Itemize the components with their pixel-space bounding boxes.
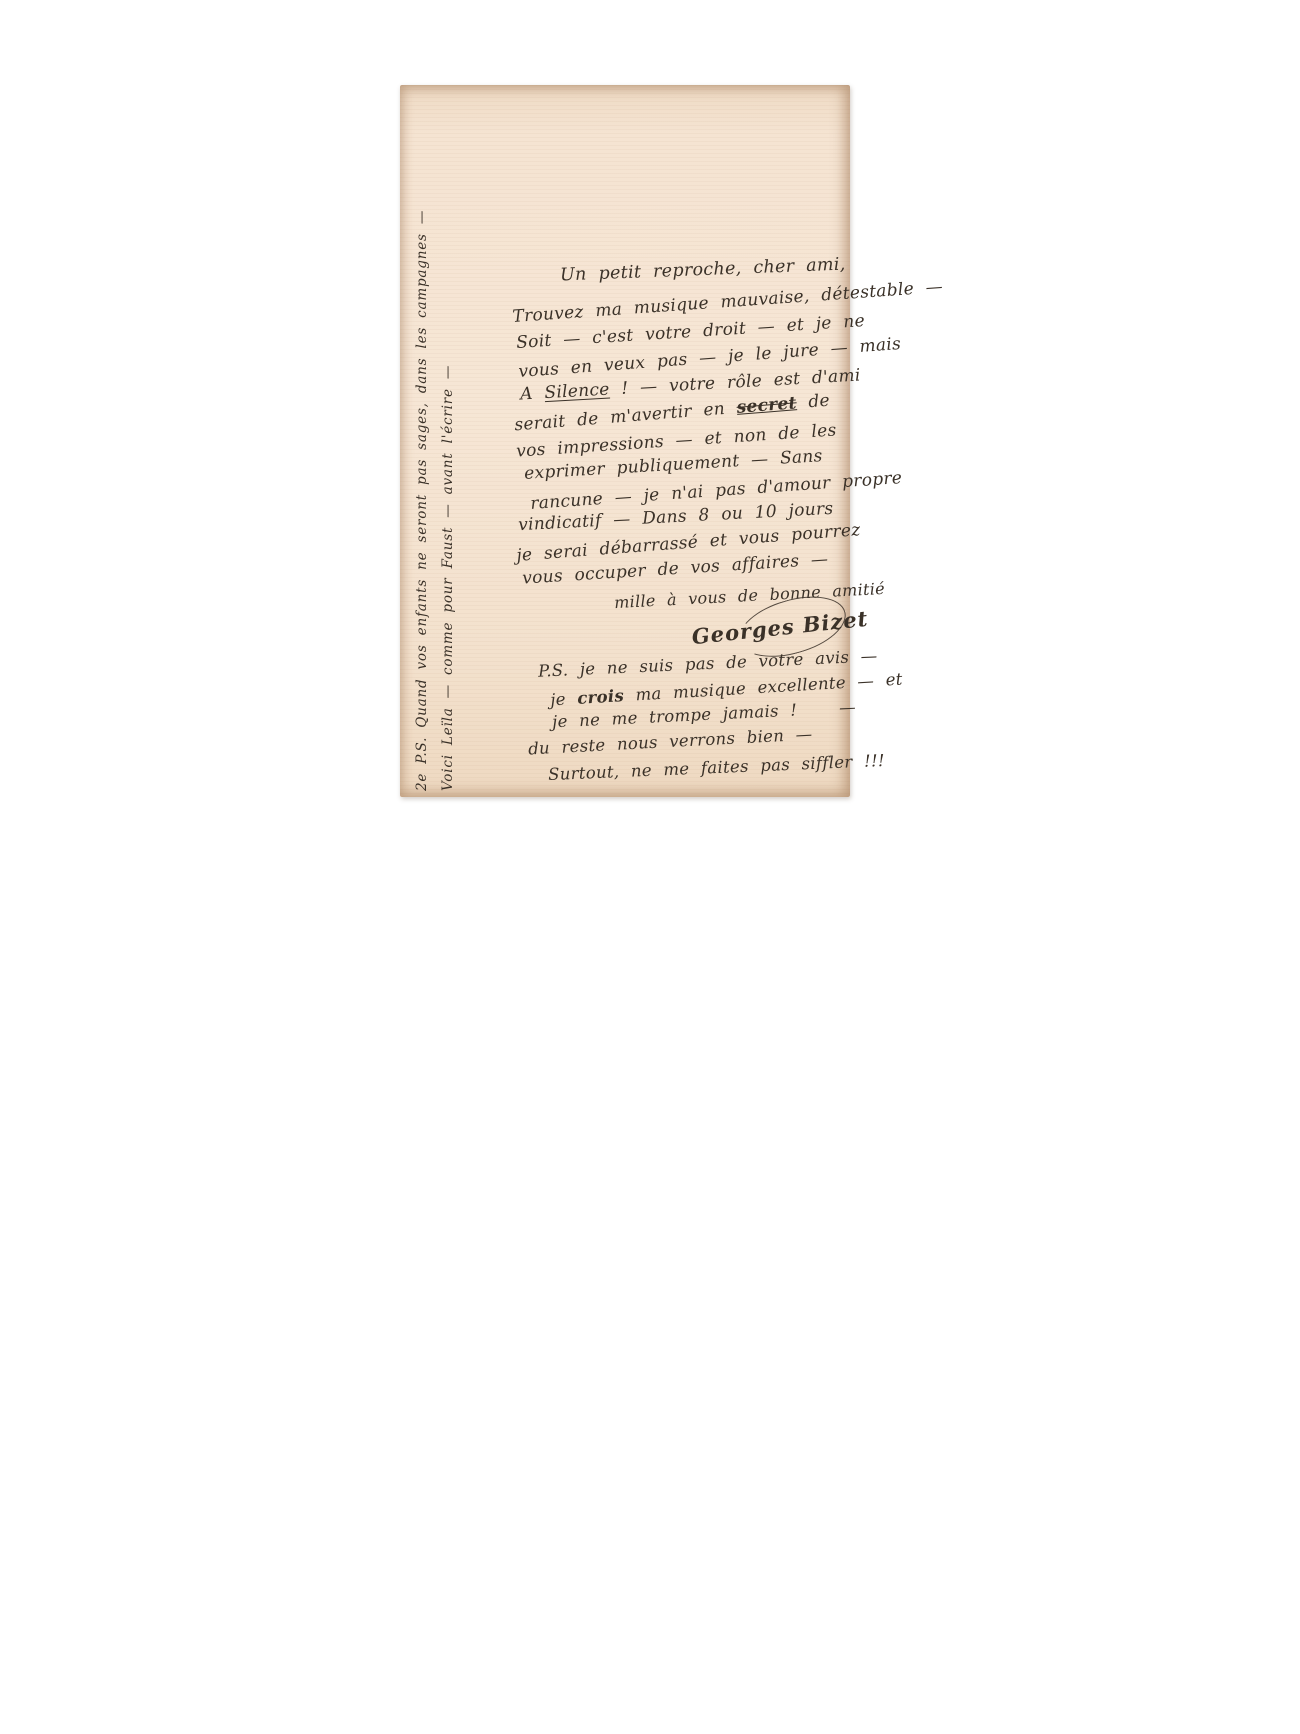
letter-paper: 2e P.S. Quand vos enfants ne seront pas …	[400, 85, 850, 797]
margin-note-outer: 2e P.S. Quand vos enfants ne seront pas …	[414, 210, 430, 791]
letter-line-salutation: Un petit reproche, cher ami,	[560, 256, 846, 286]
letter-line-6-post: de	[796, 391, 831, 414]
margin-note-inner: Voici Leïla — comme pour Faust — avant l…	[440, 365, 456, 791]
emphasized-word-crois: crois	[577, 686, 625, 708]
postscript-line-2-pre: je	[550, 689, 578, 710]
postscript-line-5: Surtout, ne me faites pas siffler !!!	[548, 752, 885, 784]
letter-line-5-pre: A	[520, 383, 545, 404]
underlined-word-silence: Silence	[544, 380, 610, 404]
postscript-line-3-dash: —	[839, 699, 857, 718]
struck-word-secret: secret	[736, 393, 798, 418]
letter-line-closing: mille à vous de bonne amitié	[614, 580, 886, 612]
